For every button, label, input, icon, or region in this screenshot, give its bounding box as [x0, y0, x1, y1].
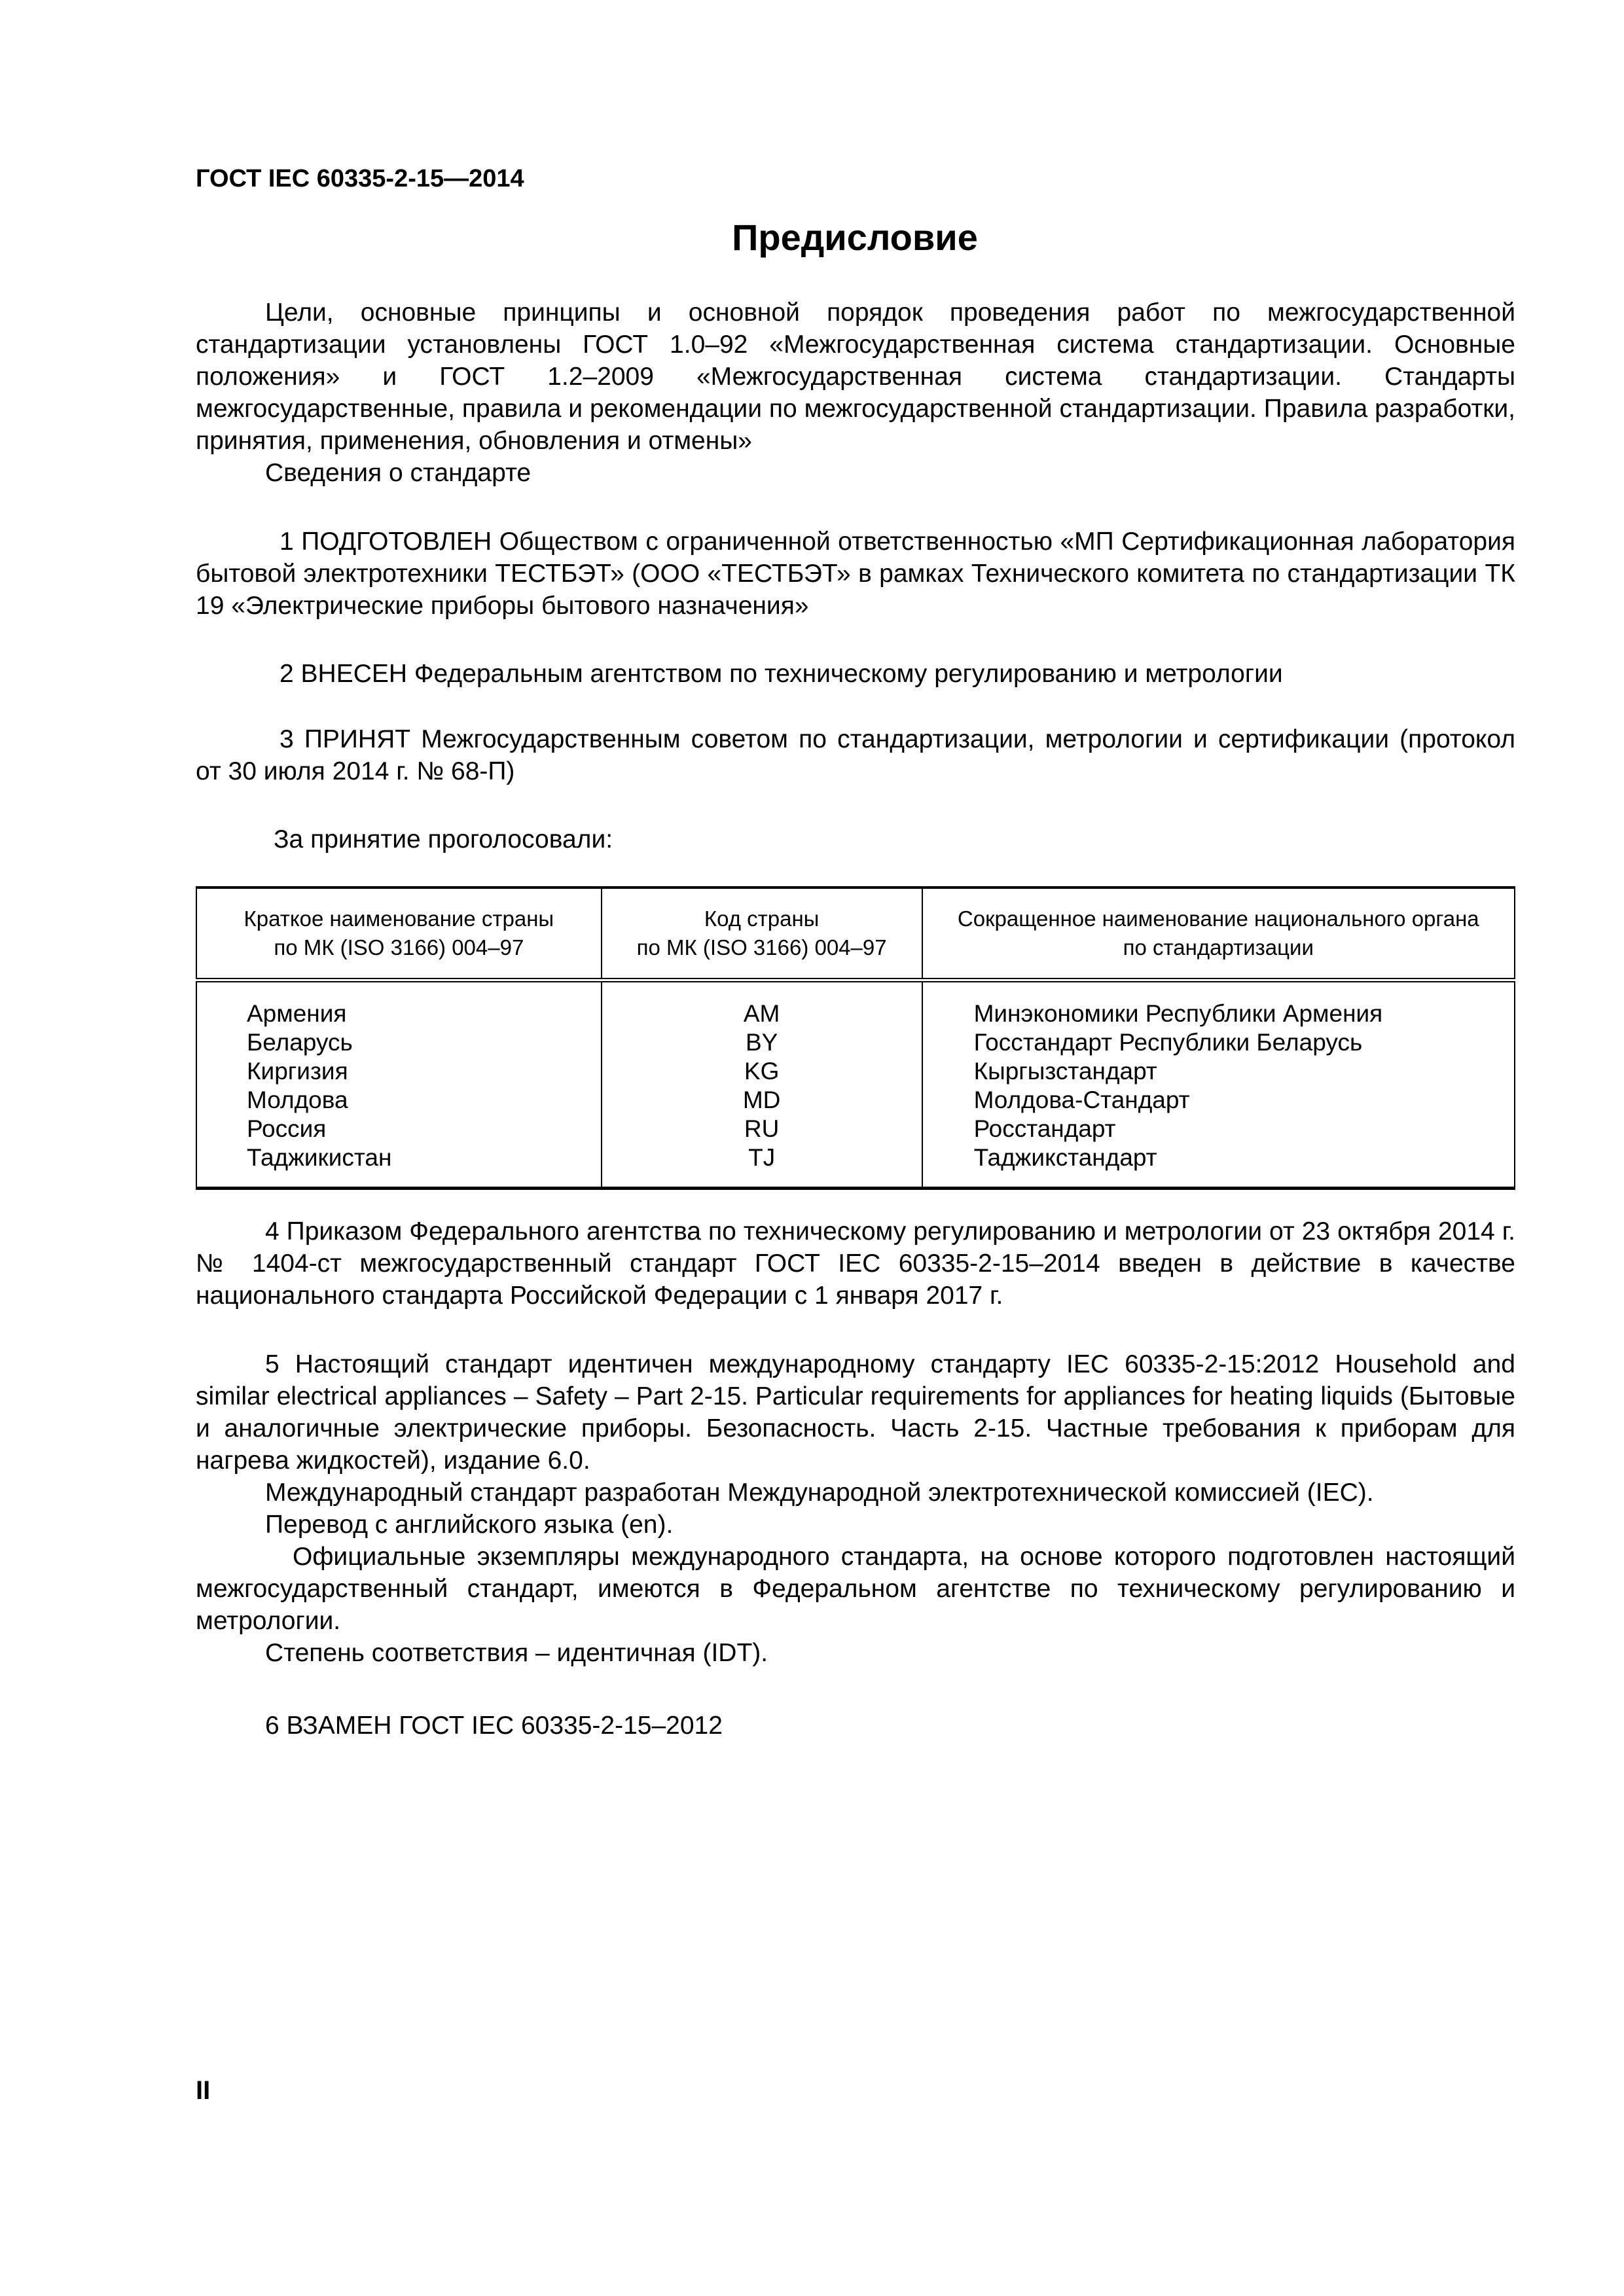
vote-label: За принятие проголосовали: [196, 823, 1515, 855]
table-cell-body: Таджикстандарт [974, 1143, 1514, 1172]
intro-section: Цели, основные принципы и основной поряд… [196, 296, 1515, 489]
table-cell-code: TJ [602, 1143, 922, 1172]
item-2-submitted: 2 ВНЕСЕН Федеральным агентством по техни… [196, 658, 1515, 690]
item-5-degree: Степень соответствия – идентичная (IDT). [196, 1637, 1515, 1669]
header-line: Краткое наименование страны [204, 905, 594, 933]
intro-paragraph: Цели, основные принципы и основной поряд… [196, 296, 1515, 457]
item-5-developer: Международный стандарт разработан Междун… [196, 1477, 1515, 1509]
header-country-code: Код страны по МК (ISO 3166) 004–97 [602, 888, 922, 980]
item-6-text: 6 ВЗАМЕН ГОСТ IEC 60335-2-15–2012 [196, 1710, 1515, 1742]
table-cell-country: Молдова [247, 1086, 601, 1115]
table-cell-country: Армения [247, 999, 601, 1028]
header-line: по МК (ISO 3166) 004–97 [204, 933, 594, 962]
table-cell-body: Госстандарт Республики Беларусь [974, 1028, 1514, 1057]
table-cell-country: Киргизия [247, 1057, 601, 1086]
table-cell-code: RU [602, 1115, 922, 1143]
item-4-order: 4 Приказом Федерального агентства по тех… [196, 1215, 1515, 1312]
item-2-text: 2 ВНЕСЕН Федеральным агентством по техни… [196, 658, 1515, 690]
header-line: Код страны [609, 905, 915, 933]
table-cell-code: BY [602, 1028, 922, 1057]
item-5-text: 5 Настоящий стандарт идентичен междунаро… [196, 1348, 1515, 1477]
table-cell-body: Кыргызстандарт [974, 1057, 1514, 1086]
voting-countries-table: Краткое наименование страны по МК (ISO 3… [196, 886, 1515, 1190]
standard-info-subheading: Сведения о стандарте [196, 457, 1515, 489]
item-4-text: 4 Приказом Федерального агентства по тех… [196, 1215, 1515, 1312]
page-number: II [196, 2076, 210, 2106]
header-line: по стандартизации [929, 933, 1507, 962]
country-codes-cell: AMBYKGMDRUTJ [602, 980, 922, 1189]
item-3-text: 3 ПРИНЯТ Межгосударственным советом по с… [196, 723, 1515, 787]
item-1-text: 1 ПОДГОТОВЛЕН Обществом с ограниченной о… [196, 526, 1515, 622]
item-5-translation: Перевод с английского языка (en). [196, 1509, 1515, 1541]
table-cell-code: AM [602, 999, 922, 1028]
country-names-cell: АрменияБеларусьКиргизияМолдоваРоссияТадж… [196, 980, 602, 1189]
table-cell-country: Беларусь [247, 1028, 601, 1057]
item-6-replaces: 6 ВЗАМЕН ГОСТ IEC 60335-2-15–2012 [196, 1710, 1515, 1742]
item-5-identity: 5 Настоящий стандарт идентичен междунаро… [196, 1348, 1515, 1669]
table-cell-body: Молдова-Стандарт [974, 1086, 1514, 1115]
header-line: по МК (ISO 3166) 004–97 [609, 933, 915, 962]
table-cell-code: MD [602, 1086, 922, 1115]
item-3-adopted: 3 ПРИНЯТ Межгосударственным советом по с… [196, 723, 1515, 787]
table-body-row: АрменияБеларусьКиргизияМолдоваРоссияТадж… [196, 980, 1515, 1189]
page-title: Предисловие [0, 216, 1624, 259]
table-cell-country: Таджикистан [247, 1143, 601, 1172]
standards-bodies-cell: Минэкономики Республики АрменияГосстанда… [922, 980, 1515, 1189]
table-header-row: Краткое наименование страны по МК (ISO 3… [196, 888, 1515, 980]
table-cell-body: Минэкономики Республики Армения [974, 999, 1514, 1028]
table-cell-country: Россия [247, 1115, 601, 1143]
header-standards-body: Сокращенное наименование национального о… [922, 888, 1515, 980]
header-line: Сокращенное наименование национального о… [929, 905, 1507, 933]
item-5-official-copies: Официальные экземпляры международного ст… [196, 1541, 1515, 1637]
vote-label-block: За принятие проголосовали: [196, 823, 1515, 855]
table-cell-body: Росстандарт [974, 1115, 1514, 1143]
document-id-header: ГОСТ IEC 60335-2-15—2014 [196, 165, 524, 193]
header-country-name: Краткое наименование страны по МК (ISO 3… [196, 888, 602, 980]
item-1-prepared: 1 ПОДГОТОВЛЕН Обществом с ограниченной о… [196, 526, 1515, 622]
table-cell-code: KG [602, 1057, 922, 1086]
